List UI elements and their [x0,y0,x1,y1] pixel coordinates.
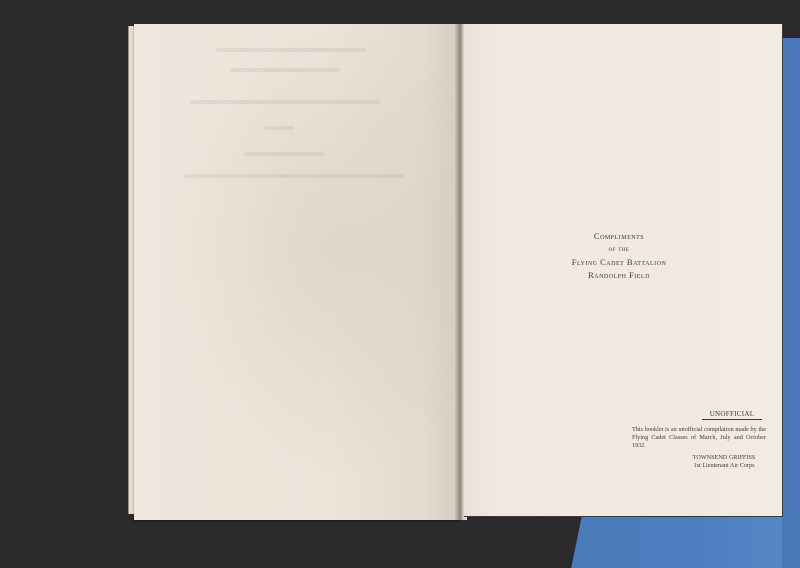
unofficial-notice: UNOFFICIAL This booklet is an unofficial… [632,410,766,470]
dedication-line: Randolph Field [524,269,714,282]
blue-cover-edge [782,38,800,568]
signature-title: 1st Lieutenant Air Corps [688,462,760,470]
show-through-text [244,152,324,156]
signature-name: TOWNSEND GRIFFISS [688,454,760,462]
right-page: Compliments of the Flying Cadet Battalio… [464,24,783,517]
illegible-handwriting [216,48,366,52]
notice-title: UNOFFICIAL [702,410,762,420]
show-through-text [184,174,404,178]
notice-body: This booklet is an unofficial compilatio… [632,426,766,450]
dedication: Compliments of the Flying Cadet Battalio… [524,230,714,282]
illegible-handwriting [230,68,340,72]
dedication-line: Flying Cadet Battalion [524,256,714,269]
dedication-line: of the [524,243,714,256]
show-through-text [190,100,380,104]
show-through-text [264,126,294,130]
left-page [134,24,460,520]
dedication-line: Compliments [524,230,714,243]
signature: TOWNSEND GRIFFISS 1st Lieutenant Air Cor… [632,454,766,470]
